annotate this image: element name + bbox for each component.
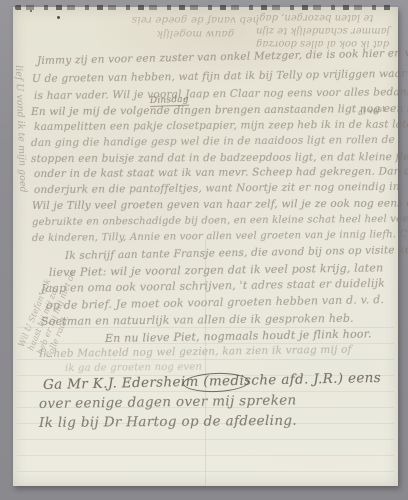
left-margin-vertical-note: lief U vond ik te mijn goed [13, 65, 28, 193]
letter-line: gebruikte en onbeschadigde bij doen, en … [32, 213, 408, 228]
letter-line: Ik lig bij Dr Hartog op de afdeeling. [39, 413, 297, 431]
upside-down-note-center: gauw mogelijk heb vanaf de goede reis [113, 13, 278, 41]
letter-line: de kinderen, Tilly, Annie en voor allen … [32, 229, 408, 244]
margin-note-line: heb vanaf de goede reis [113, 13, 278, 27]
letter-line: Ik schrijf aan tante Fransje eens, die a… [65, 244, 408, 262]
letter-paper: dat ik ook al alles doorzag jammer schan… [13, 7, 398, 486]
letter-line: onderjurk en die pantoffeltjes, want Noo… [34, 181, 403, 196]
letter-line: Jimmy zij en voor een zuster van onkel M… [37, 47, 408, 67]
letter-line: op de brief. Je moet ook vooral groeten … [46, 293, 384, 312]
letter-line: ik ga de groeten nog even [65, 362, 202, 374]
letter-line: En nu lieve Piet, nogmaals houdt je flin… [105, 327, 372, 345]
letter-line: Jaap en oma ook vooral schrijven, 't adr… [41, 277, 385, 295]
letter-line: onder in de kast staat wat ik van mevr. … [34, 165, 408, 180]
letter-line: kaampelitten een pakje closetpapier, mij… [34, 118, 408, 133]
letter-line: dan ging die handige gesp wel die in de … [31, 134, 395, 149]
scanned-letter-page: dat ik ook al alles doorzag jammer schan… [0, 0, 408, 500]
letter-line: Wil je Tilly veel groeten geven van haar… [32, 197, 408, 212]
letter-line: is haar vader. Wil je vooral Jaap en Cla… [34, 86, 408, 102]
letter-line: stoppen een buisje zand dat in de badzee… [31, 151, 408, 165]
letter-line: Ik heb Machteld nog wel gezien, kan zien… [39, 344, 352, 360]
letter-line: U de groeten van hebben, wat fijn dat ik… [32, 68, 407, 85]
letter-line: over eenige dagen over mij spreken [39, 392, 297, 412]
margin-note-line: gauw mogelijk [113, 27, 278, 41]
letter-line: En wil je mij de volgende dingen brengen… [31, 102, 408, 118]
letter-line: Soetman en natuurlijk van allen die ik g… [41, 312, 354, 328]
letter-line: lieve Piet: wil je vooral zorgen dat ik … [49, 261, 383, 279]
handwriting-layer: dat ik ook al alles doorzag jammer schan… [13, 7, 398, 486]
